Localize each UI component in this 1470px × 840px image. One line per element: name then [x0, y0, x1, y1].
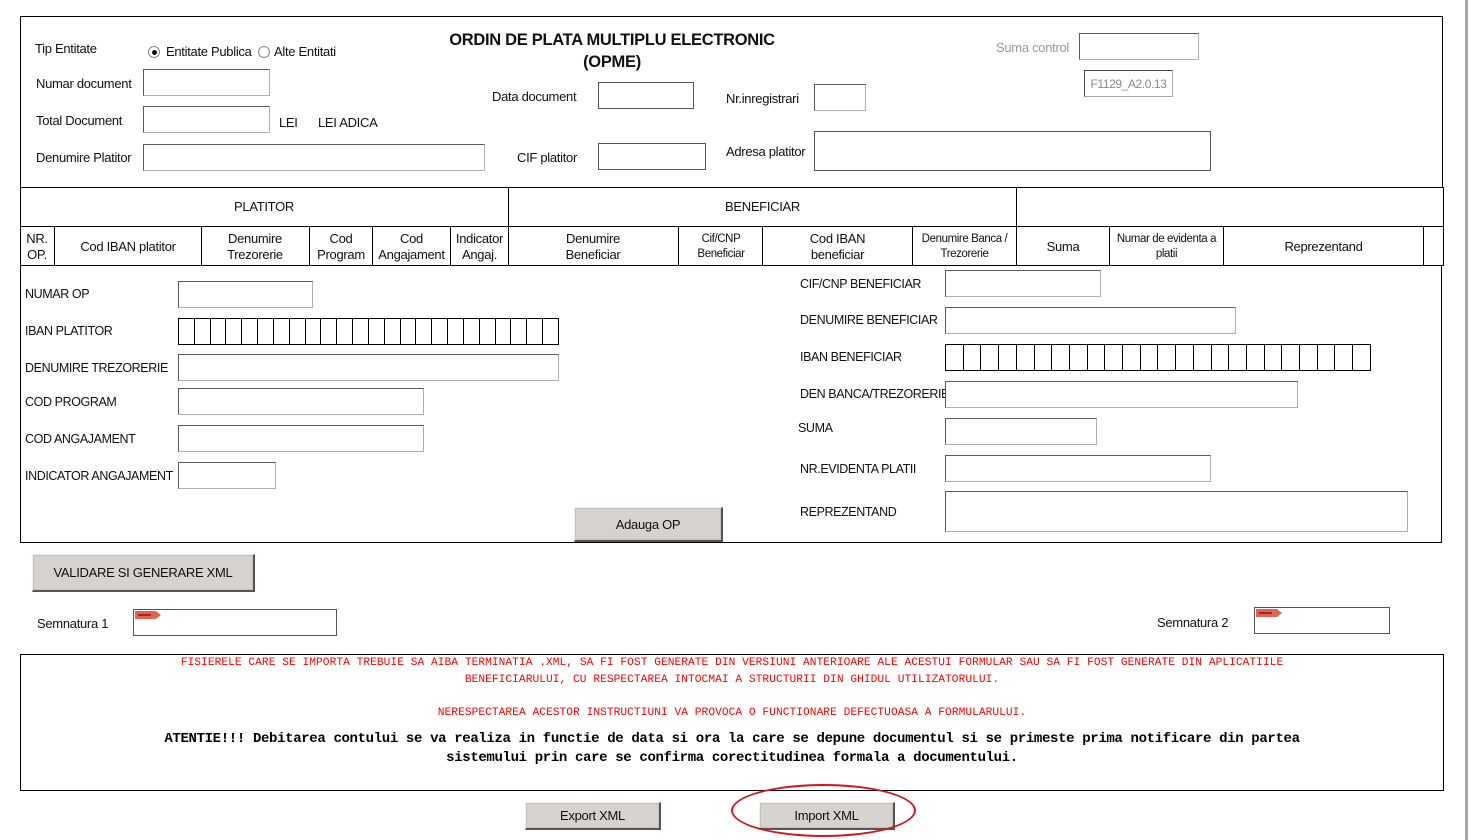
adresa-platitor-label: Adresa platitor: [726, 144, 805, 159]
iban-char-cell[interactable]: [1335, 345, 1353, 370]
col-numar-evidenta: Numar de evidenta a platii: [1112, 227, 1221, 266]
indicator-angajament-label: INDICATOR ANGAJAMENT: [25, 469, 173, 483]
col-cod-iban-platitor: Cod IBAN platitor: [55, 227, 201, 266]
iban-char-cell[interactable]: [1318, 345, 1336, 370]
data-document-label: Data document: [492, 89, 576, 104]
semnatura1-label: Semnatura 1: [37, 616, 108, 631]
semnatura2-field[interactable]: [1254, 607, 1390, 634]
denumire-platitor-field[interactable]: [143, 144, 485, 171]
numar-op-field[interactable]: [178, 281, 313, 308]
iban-char-cell[interactable]: [1158, 345, 1176, 370]
col-denumire-banca: Denumire Banca / Trezorerie: [913, 227, 1016, 266]
cod-program-label: COD PROGRAM: [25, 395, 116, 409]
iban-char-cell[interactable]: [1052, 345, 1070, 370]
iban-char-cell[interactable]: [337, 319, 353, 344]
iban-char-cell[interactable]: [401, 319, 417, 344]
iban-char-cell[interactable]: [981, 345, 999, 370]
col-cod-iban-beneficiar: Cod IBAN beneficiar: [790, 227, 885, 266]
col-indicator-angaj: Indicator Angaj.: [451, 227, 508, 266]
numar-op-label: NUMAR OP: [25, 287, 89, 301]
den-banca-trezorerie-field[interactable]: [945, 381, 1298, 408]
radio-alte-entitati[interactable]: [258, 46, 270, 58]
radio-alte-entitati-label[interactable]: Alte Entitati: [274, 44, 336, 59]
lei-label: LEI: [279, 115, 298, 130]
iban-char-cell[interactable]: [1088, 345, 1106, 370]
semnatura2-label: Semnatura 2: [1157, 615, 1228, 630]
page-title: ORDIN DE PLATA MULTIPLU ELECTRONIC (OPME…: [400, 29, 824, 73]
notice-black-line2: sistemului prin care se confirma corecti…: [20, 749, 1444, 768]
form-version-text: F1129_A2.0.13: [1091, 77, 1167, 91]
validare-generare-xml-button[interactable]: VALIDARE SI GENERARE XML: [32, 554, 255, 592]
col-denumire-trezorerie: Denumire Trezorerie: [210, 227, 300, 266]
iban-char-cell[interactable]: [1017, 345, 1035, 370]
cod-angajament-field[interactable]: [178, 425, 424, 452]
iban-char-cell[interactable]: [496, 319, 512, 344]
cif-cnp-beneficiar-label: CIF/CNP BENEFICIAR: [800, 277, 921, 291]
cif-platitor-field[interactable]: [598, 143, 706, 170]
import-xml-button[interactable]: Import XML: [759, 802, 895, 830]
iban-char-cell[interactable]: [274, 319, 290, 344]
tip-entitate-label: Tip Entitate: [35, 41, 97, 56]
iban-char-cell[interactable]: [480, 319, 496, 344]
iban-char-cell[interactable]: [511, 319, 527, 344]
reprezentand-field[interactable]: [945, 491, 1408, 532]
col-denumire-beneficiar: Denumire Beneficiar: [550, 227, 636, 266]
iban-platitor-label: IBAN PLATITOR: [25, 324, 112, 338]
divider: [678, 226, 679, 266]
suma-field[interactable]: [945, 418, 1097, 445]
col-cod-angajament: Cod Angajament: [373, 227, 450, 266]
denumire-beneficiar-label: DENUMIRE BENEFICIAR: [800, 313, 938, 327]
iban-beneficiar-label: IBAN BENEFICIAR: [800, 350, 902, 364]
iban-char-cell[interactable]: [290, 319, 306, 344]
total-document-field[interactable]: [143, 106, 270, 133]
divider: [1109, 226, 1110, 266]
form-version-badge: F1129_A2.0.13: [1084, 70, 1173, 97]
iban-char-cell[interactable]: [1035, 345, 1053, 370]
nr-inregistrari-field[interactable]: [814, 84, 866, 111]
iban-beneficiar-field[interactable]: [945, 344, 1371, 371]
numar-document-label: Numar document: [36, 76, 132, 91]
divider: [201, 226, 202, 266]
iban-char-cell[interactable]: [1229, 345, 1247, 370]
iban-char-cell[interactable]: [1353, 345, 1371, 370]
iban-char-cell[interactable]: [448, 319, 464, 344]
total-document-label: Total Document: [36, 113, 122, 128]
indicator-angajament-field[interactable]: [178, 462, 276, 489]
denumire-trezorerie-label: DENUMIRE TREZORERIE: [25, 361, 168, 375]
iban-char-cell[interactable]: [1123, 345, 1141, 370]
page-title-line2: (OPME): [400, 51, 824, 73]
iban-char-cell[interactable]: [369, 319, 385, 344]
numar-document-field[interactable]: [143, 69, 270, 96]
iban-char-cell[interactable]: [258, 319, 274, 344]
divider: [1423, 226, 1424, 266]
nr-evidenta-platii-label: NR.EVIDENTA PLATII: [800, 462, 916, 476]
group-platitor: PLATITOR: [20, 188, 508, 226]
iban-char-cell[interactable]: [226, 319, 242, 344]
iban-char-cell[interactable]: [1247, 345, 1265, 370]
denumire-beneficiar-field[interactable]: [945, 307, 1236, 334]
iban-char-cell[interactable]: [1105, 345, 1123, 370]
reprezentand-label: REPREZENTAND: [800, 505, 896, 519]
iban-char-cell[interactable]: [1300, 345, 1318, 370]
iban-char-cell[interactable]: [242, 319, 258, 344]
page-title-line1: ORDIN DE PLATA MULTIPLU ELECTRONIC: [400, 29, 824, 51]
iban-platitor-field[interactable]: [178, 318, 559, 345]
radio-entitate-publica-label[interactable]: Entitate Publica: [166, 44, 252, 59]
col-suma: Suma: [1017, 227, 1109, 266]
sign-here-flag-icon: [135, 611, 161, 619]
iban-char-cell[interactable]: [179, 319, 195, 344]
iban-char-cell[interactable]: [1282, 345, 1300, 370]
notice-red-line2: BENEFICIARULUI, CU RESPECTAREA INTOCMAI …: [20, 672, 1444, 689]
col-nr-op: NR. OP.: [20, 227, 54, 266]
col-cod-program: Cod Program: [310, 227, 372, 266]
denumire-trezorerie-field[interactable]: [178, 354, 559, 381]
window-edge: [1465, 0, 1468, 840]
data-document-field[interactable]: [598, 82, 694, 109]
notice-red-line3: NERESPECTAREA ACESTOR INSTRUCTIUNI VA PR…: [20, 705, 1444, 722]
iban-char-cell[interactable]: [964, 345, 982, 370]
iban-char-cell[interactable]: [195, 319, 211, 344]
sign-here-flag-icon: [1256, 609, 1282, 617]
iban-char-cell[interactable]: [211, 319, 227, 344]
adresa-platitor-field[interactable]: [814, 131, 1211, 171]
cif-cnp-beneficiar-field[interactable]: [945, 270, 1101, 297]
group-beneficiar: BENEFICIAR: [509, 188, 1016, 226]
iban-char-cell[interactable]: [999, 345, 1017, 370]
iban-char-cell[interactable]: [1070, 345, 1088, 370]
iban-char-cell[interactable]: [416, 319, 432, 344]
adauga-op-button[interactable]: Adauga OP: [574, 507, 723, 542]
semnatura1-field[interactable]: [133, 609, 337, 636]
iban-char-cell[interactable]: [1212, 345, 1230, 370]
iban-char-cell[interactable]: [1265, 345, 1283, 370]
nr-inregistrari-label: Nr.inregistrari: [726, 91, 799, 106]
cif-platitor-label: CIF platitor: [517, 150, 577, 165]
iban-char-cell[interactable]: [464, 319, 480, 344]
iban-char-cell[interactable]: [353, 319, 369, 344]
suma-control-label: Suma control: [996, 40, 1069, 55]
iban-char-cell[interactable]: [385, 319, 401, 344]
col-reprezentand: Reprezentand: [1224, 227, 1423, 266]
iban-char-cell[interactable]: [432, 319, 448, 344]
den-banca-trezorerie-label: DEN BANCA/TREZORERIE: [800, 387, 949, 401]
iban-char-cell[interactable]: [527, 319, 543, 344]
iban-char-cell[interactable]: [946, 345, 964, 370]
cod-angajament-label: COD ANGAJAMENT: [25, 432, 135, 446]
iban-char-cell[interactable]: [1141, 345, 1159, 370]
divider: [762, 226, 763, 266]
nr-evidenta-platii-field[interactable]: [945, 455, 1211, 482]
denumire-platitor-label: Denumire Platitor: [36, 150, 131, 165]
iban-char-cell[interactable]: [321, 319, 337, 344]
export-xml-button[interactable]: Export XML: [525, 802, 661, 830]
cod-program-field[interactable]: [178, 388, 424, 415]
iban-char-cell[interactable]: [543, 319, 559, 344]
iban-char-cell[interactable]: [1194, 345, 1212, 370]
radio-entitate-publica[interactable]: [148, 46, 160, 58]
lei-adica-label: LEI ADICA: [318, 115, 377, 130]
iban-char-cell[interactable]: [1176, 345, 1194, 370]
suma-label: SUMA: [798, 421, 833, 435]
notice-black-line1: ATENTIE!!! Debitarea contului se va real…: [20, 730, 1444, 749]
iban-char-cell[interactable]: [306, 319, 322, 344]
notice-red-line1: FISIERELE CARE SE IMPORTA TREBUIE SA AIB…: [20, 655, 1444, 672]
suma-control-field[interactable]: [1079, 33, 1199, 60]
col-cif-cnp-beneficiar: Cif/CNP Beneficiar: [690, 227, 752, 266]
